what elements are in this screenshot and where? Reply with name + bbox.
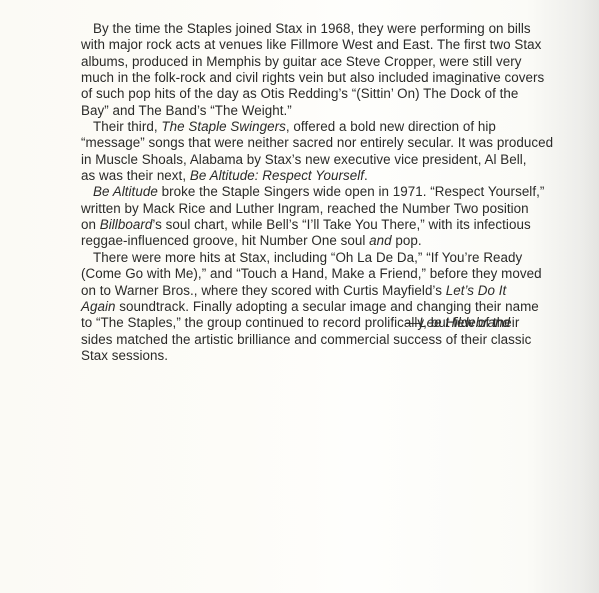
text-run: soundtrack. Finally adopting a secular i… [116, 299, 539, 314]
text-line: written by Mack Rice and Luther Ingram, … [81, 201, 513, 217]
italic-title: Let’s Do It [446, 283, 507, 298]
text-run: . [364, 168, 368, 183]
text-line: Be Altitude broke the Staple Singers wid… [81, 184, 513, 200]
text-line: much in the folk-rock and civil rights v… [81, 70, 513, 86]
text-run: reggae-influenced groove, hit Number One… [81, 233, 369, 248]
text-line: of such pop hits of the day as Otis Redd… [81, 86, 513, 102]
liner-notes-page: By the time the Staples joined Stax in 1… [0, 0, 599, 593]
italic-title: Billboard [100, 217, 153, 232]
text-run: Stax sessions. [81, 348, 168, 363]
text-line: with major rock acts at venues like Fill… [81, 37, 513, 53]
text-line: Their third, The Staple Swingers, offere… [81, 119, 513, 135]
text-line: on to Warner Bros., where they scored wi… [81, 283, 513, 299]
text-run: with major rock acts at venues like Fill… [81, 37, 541, 52]
text-run: in Muscle Shoals, Alabama by Stax’s new … [81, 152, 527, 167]
text-run: sides matched the artistic brilliance an… [81, 332, 531, 347]
text-line: reggae-influenced groove, hit Number One… [81, 233, 513, 249]
author-signature: —Lee Hildebrand [406, 315, 510, 330]
text-line: Bay” and The Band’s “The Weight.” [81, 103, 513, 119]
text-run: on [81, 217, 100, 232]
text-run: broke the Staple Singers wide open in 19… [158, 184, 545, 199]
italic-title: and [369, 233, 392, 248]
text-run: By the time the Staples joined Stax in 1… [93, 21, 531, 36]
text-line: in Muscle Shoals, Alabama by Stax’s new … [81, 152, 513, 168]
text-run: pop. [392, 233, 422, 248]
text-run: “message” songs that were neither sacred… [81, 135, 553, 150]
italic-title: Be Altitude: Respect Yourself [190, 168, 364, 183]
text-run: Their third, [93, 119, 161, 134]
italic-title: Be Altitude [93, 184, 158, 199]
italic-title: The Staple Swingers [161, 119, 286, 134]
text-line: as was their next, Be Altitude: Respect … [81, 168, 513, 184]
text-run: , offered a bold new direction of hip [286, 119, 496, 134]
text-run: as was their next, [81, 168, 190, 183]
text-line: albums, produced in Memphis by guitar ac… [81, 54, 513, 70]
text-run: albums, produced in Memphis by guitar ac… [81, 54, 521, 69]
text-line: sides matched the artistic brilliance an… [81, 332, 513, 348]
text-line: By the time the Staples joined Stax in 1… [81, 21, 513, 37]
text-line: Stax sessions. [81, 348, 513, 364]
text-run: on to Warner Bros., where they scored wi… [81, 283, 446, 298]
italic-title: Again [81, 299, 116, 314]
text-run: much in the folk-rock and civil rights v… [81, 70, 544, 85]
text-line: There were more hits at Stax, including … [81, 250, 513, 266]
text-run: ’s soul chart, while Bell’s “I’ll Take Y… [152, 217, 530, 232]
text-run: There were more hits at Stax, including … [93, 250, 522, 265]
text-line: on Billboard’s soul chart, while Bell’s … [81, 217, 513, 233]
text-line: “message” songs that were neither sacred… [81, 135, 513, 151]
text-run: Bay” and The Band’s “The Weight.” [81, 103, 292, 118]
liner-notes-body: By the time the Staples joined Stax in 1… [81, 21, 513, 364]
text-run: written by Mack Rice and Luther Ingram, … [81, 201, 529, 216]
text-run: (Come Go with Me),” and “Touch a Hand, M… [81, 266, 542, 281]
text-run: of such pop hits of the day as Otis Redd… [81, 86, 518, 101]
text-line: Again soundtrack. Finally adopting a sec… [81, 299, 513, 315]
text-line: (Come Go with Me),” and “Touch a Hand, M… [81, 266, 513, 282]
